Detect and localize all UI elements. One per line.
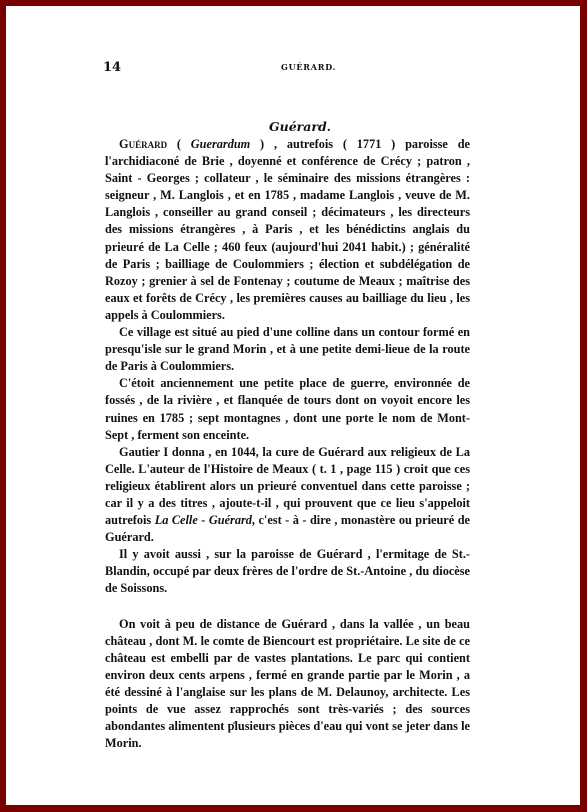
paragraph-2: Ce village est situé au pied d'une colli… bbox=[105, 324, 470, 375]
page-speck bbox=[233, 722, 235, 724]
article-title: Guérard. bbox=[6, 119, 580, 134]
paragraph-1: Guérard ( Guerardum ) , autrefois ( 1771… bbox=[105, 136, 470, 324]
headword: Guérard bbox=[119, 137, 167, 151]
italic-place-name: La Celle - Guérard bbox=[155, 513, 252, 527]
book-page: 14 GUÉRARD. Guérard. Guérard ( Guerardum… bbox=[6, 6, 580, 805]
page-number: 14 bbox=[103, 60, 121, 75]
article-body: Guérard ( Guerardum ) , autrefois ( 1771… bbox=[105, 136, 470, 752]
paragraph-3: C'étoit anciennement une petite place de… bbox=[105, 375, 470, 443]
paragraph-5: Il y avoit aussi , sur la paroisse de Gu… bbox=[105, 546, 470, 597]
running-head: GUÉRARD. bbox=[281, 62, 336, 72]
paragraph-4: Gautier I donna , en 1044, la cure de Gu… bbox=[105, 444, 470, 547]
latin-name: Guerardum bbox=[191, 137, 250, 151]
paragraph-1-text: ) , autrefois ( 1771 ) paroisse de l'arc… bbox=[105, 137, 470, 322]
paragraph-6: On voit à peu de distance de Guérard , d… bbox=[105, 616, 470, 753]
paren-open: ( bbox=[167, 137, 191, 151]
